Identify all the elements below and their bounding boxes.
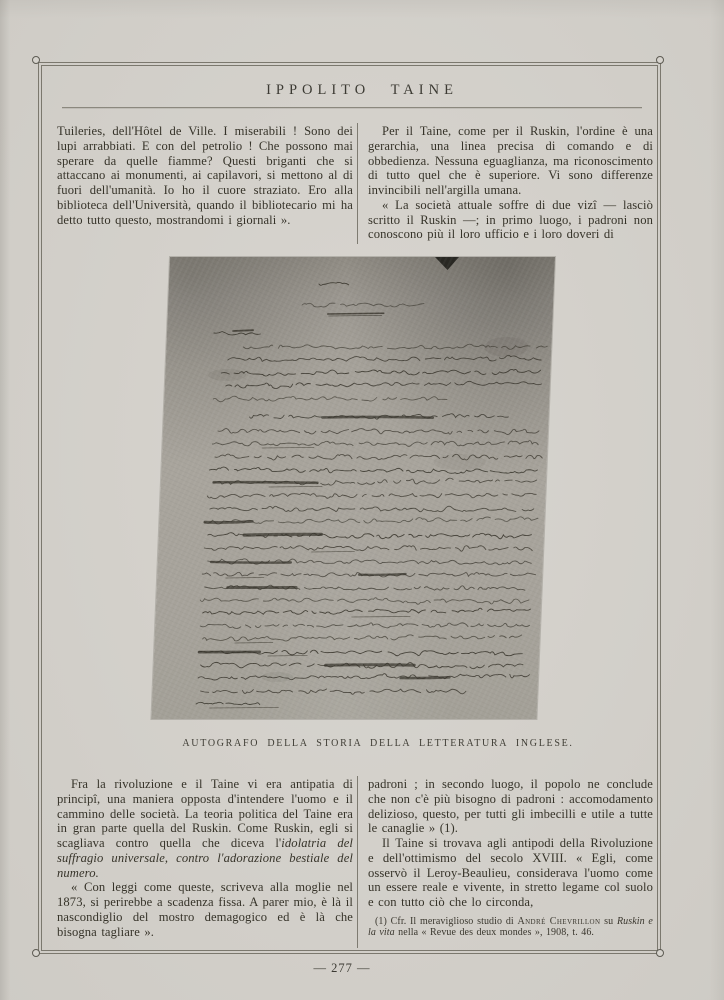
corner-ring-icon <box>656 949 664 957</box>
scanned-book-page: IPPOLITO TAINE Tuileries, dell'Hôtel de … <box>0 0 724 1000</box>
paragraph: Il Taine si trovava agli antipodi della … <box>368 836 653 910</box>
paragraph: Tuileries, dell'Hôtel de Ville. I misera… <box>57 124 353 227</box>
text-column-top-right: Per il Taine, come per il Ruskin, l'ordi… <box>368 124 653 242</box>
page-number: — 277 — <box>314 961 371 976</box>
column-divider-bottom <box>357 776 358 948</box>
corner-ring-icon <box>32 56 40 64</box>
manuscript-photograph <box>151 257 555 719</box>
footnote: (1) Cfr. Il meraviglioso studio di André… <box>368 916 653 939</box>
corner-ring-icon <box>656 56 664 64</box>
text-column-bottom-right: padroni ; in secondo luogo, il popolo ne… <box>368 777 653 939</box>
corner-ring-icon <box>32 949 40 957</box>
paragraph: « La società attuale soffre di due vizî … <box>368 198 653 242</box>
running-header-title: IPPOLITO TAINE <box>0 82 724 99</box>
text-column-bottom-left: Fra la rivoluzione e il Taine vi era ant… <box>57 777 353 939</box>
handwriting-art <box>151 257 555 719</box>
text-column-top-left: Tuileries, dell'Hôtel de Ville. I misera… <box>57 124 353 227</box>
paragraph: Fra la rivoluzione e il Taine vi era ant… <box>57 777 353 880</box>
header-rule <box>62 107 642 108</box>
column-divider-top <box>357 123 358 244</box>
paragraph: padroni ; in secondo luogo, il popolo ne… <box>368 777 653 836</box>
figure-caption: AUTOGRAFO DELLA STORIA DELLA LETTERATURA… <box>16 738 724 749</box>
paragraph: « Con leggi come queste, scriveva alla m… <box>57 880 353 939</box>
paragraph: Per il Taine, come per il Ruskin, l'ordi… <box>368 124 653 198</box>
